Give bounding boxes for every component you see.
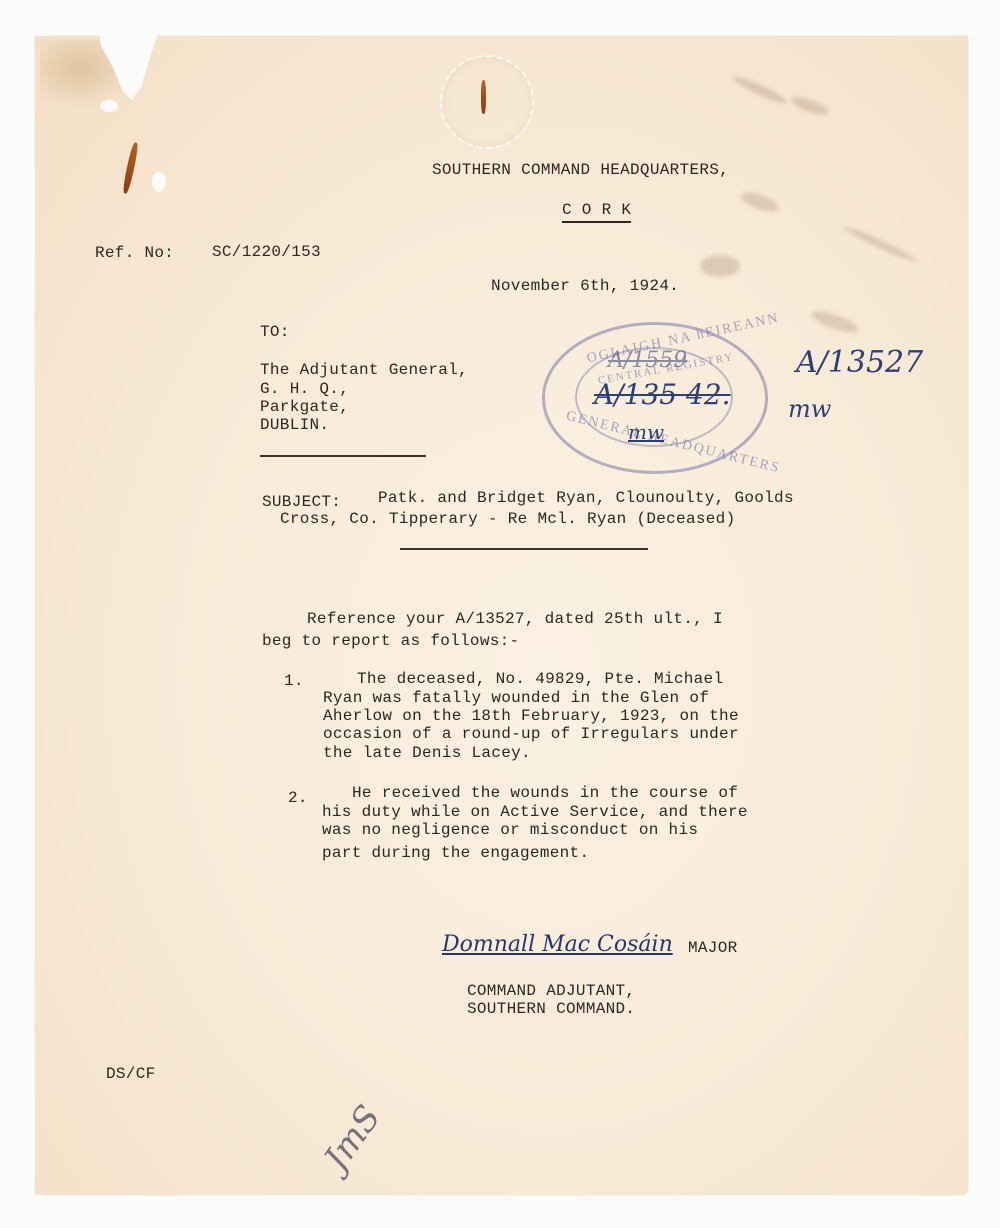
signatory-title: SOUTHERN COMMAND. — [467, 999, 635, 1019]
paper-hole — [100, 100, 118, 112]
handwritten-number-struck: A/1559 — [608, 348, 687, 373]
paper-hole — [152, 172, 166, 192]
body-intro: Reference your A/13527, dated 25th ult.,… — [307, 609, 723, 629]
subject-line: Patk. and Bridget Ryan, Clounoulty, Gool… — [378, 488, 794, 508]
divider — [260, 455, 426, 457]
paragraph-line: was no negligence or misconduct on his — [322, 820, 698, 840]
divider — [400, 548, 648, 550]
recipient-line: The Adjutant General, — [260, 360, 468, 380]
body-intro: beg to report as follows:- — [262, 631, 519, 651]
paragraph-line: The deceased, No. 49829, Pte. Michael — [357, 669, 723, 689]
subject-line: Cross, Co. Tipperary - Re Mcl. Ryan (Dec… — [280, 509, 735, 529]
handwritten-file-number: A/13527 — [796, 345, 923, 380]
typist-initials: DS/CF — [106, 1064, 156, 1084]
paragraph-line: Ryan was fatally wounded in the Glen of — [323, 688, 709, 708]
recipient-line: DUBLIN. — [260, 415, 329, 435]
paragraph-line: occasion of a round-up of Irregulars und… — [323, 724, 739, 744]
smudge — [700, 255, 740, 277]
handwritten-number-struck: A/135 42. — [594, 378, 731, 411]
paragraph-line: part during the engagement. — [322, 843, 589, 863]
ref-number: SC/1220/153 — [212, 242, 321, 262]
paragraph-line: He received the wounds in the course of — [352, 783, 738, 803]
paragraph-line: the late Denis Lacey. — [323, 743, 531, 763]
signature-rank: MAJOR — [688, 938, 738, 958]
ref-label: Ref. No: — [95, 243, 174, 263]
letterhead-title: SOUTHERN COMMAND HEADQUARTERS, — [432, 160, 729, 180]
recipient-line: Parkgate, — [260, 397, 349, 417]
recipient-line: G. H. Q., — [260, 379, 349, 399]
to-label: TO: — [260, 322, 290, 342]
handwritten-initials: mw — [788, 395, 831, 423]
paragraph-line: Aherlow on the 18th February, 1923, on t… — [323, 706, 739, 726]
paragraph-number: 1. — [284, 671, 304, 691]
handwritten-signature: Domnall Mac Cosáin — [442, 932, 673, 957]
letter-date: November 6th, 1924. — [491, 276, 679, 296]
embossed-seal — [440, 55, 534, 149]
letterhead-city: C O R K — [562, 200, 631, 223]
paragraph-number: 2. — [288, 788, 308, 808]
signatory-title: COMMAND ADJUTANT, — [467, 981, 635, 1001]
paragraph-line: his duty while on Active Service, and th… — [322, 802, 748, 822]
handwritten-initials: mw — [628, 420, 664, 444]
